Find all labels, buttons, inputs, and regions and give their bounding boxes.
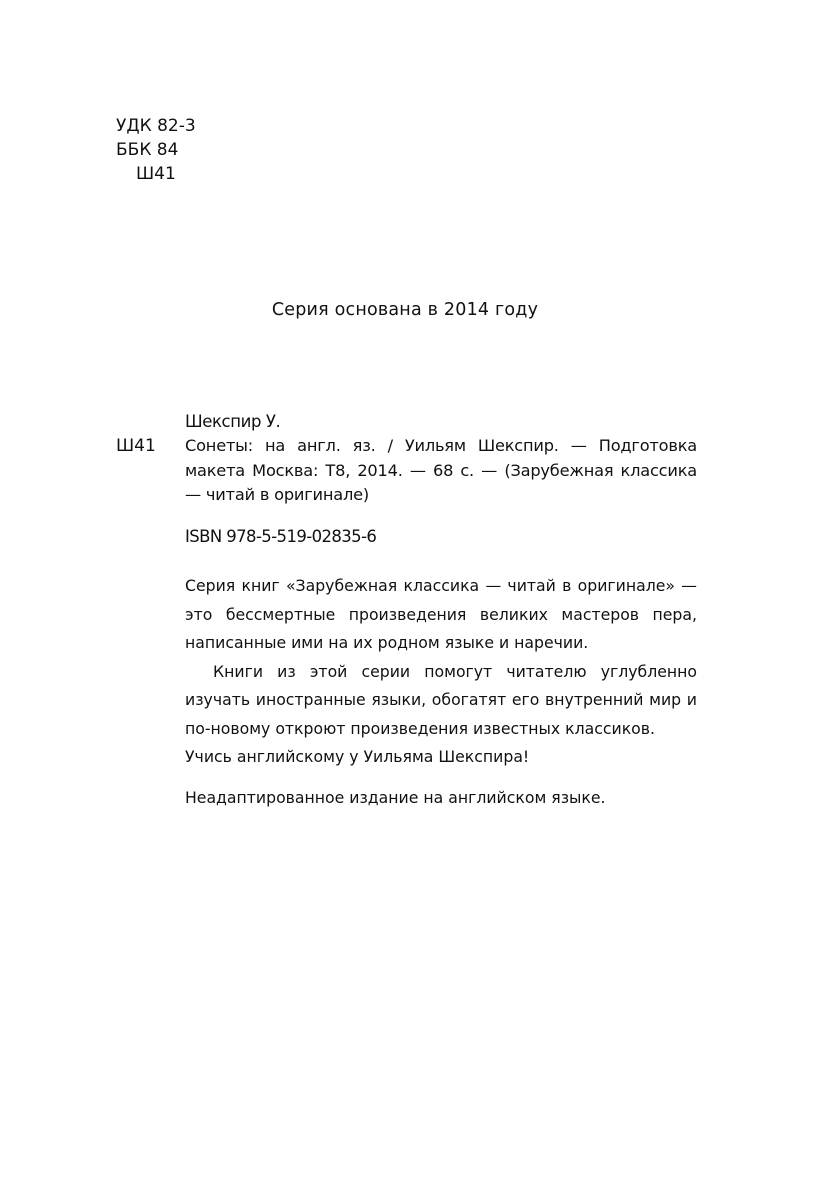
udk-code: УДК 82-3 <box>116 114 196 138</box>
series-founded-text: Серия основана в 2014 году <box>0 300 810 320</box>
isbn: ISBN 978-5-519-02835-6 <box>185 527 376 546</box>
annotation-paragraph-2: Книги из этой серии помогут читателю угл… <box>185 658 697 744</box>
annotation-paragraph-3: Учись английскому у Уильяма Шекспира! <box>185 743 697 772</box>
author-code: Ш41 <box>136 162 176 186</box>
annotation: Серия книг «Зарубежная классика — читай … <box>185 572 697 772</box>
bbk-code: ББК 84 <box>116 138 178 162</box>
author-heading: Шекспир У. <box>185 412 280 431</box>
bibliographic-description: Сонеты: на англ. яз. / Уильям Шекспир. —… <box>185 434 697 508</box>
unadapted-edition-note: Неадаптированное издание на английском я… <box>185 788 606 807</box>
annotation-paragraph-1: Серия книг «Зарубежная классика — читай … <box>185 572 697 658</box>
author-code-side: Ш41 <box>116 436 156 456</box>
